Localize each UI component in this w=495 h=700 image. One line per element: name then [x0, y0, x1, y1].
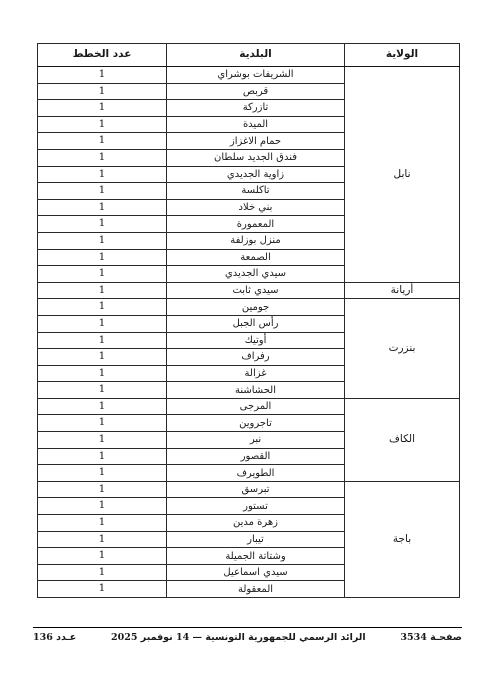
count-cell: 1	[38, 349, 167, 366]
footer-journal-title: الرائد الرسمي للجمهورية التونسية — 14 نو…	[76, 632, 400, 643]
count-cell: 1	[38, 232, 167, 249]
count-cell: 1	[38, 183, 167, 200]
table-row: الكافالمرجى1	[38, 398, 460, 415]
municipality-cell: القصور	[167, 448, 345, 465]
municipality-cell: الشريفات بوشراي	[167, 67, 345, 84]
header-wilaya: الولاية	[345, 44, 460, 67]
count-cell: 1	[38, 100, 167, 117]
count-cell: 1	[38, 266, 167, 283]
municipality-cell: تاكلسة	[167, 183, 345, 200]
count-cell: 1	[38, 83, 167, 100]
municipalities-table: الولاية البلدية عدد الخطط نابلالشريفات ب…	[37, 43, 460, 598]
municipality-cell: أوتيك	[167, 332, 345, 349]
table-row: نابلالشريفات بوشراي1	[38, 67, 460, 84]
header-count: عدد الخطط	[38, 44, 167, 67]
wilaya-cell: باجة	[345, 481, 460, 597]
page-footer: صفحـة 3534 الرائد الرسمي للجمهورية التون…	[33, 627, 462, 643]
count-cell: 1	[38, 166, 167, 183]
count-cell: 1	[38, 249, 167, 266]
count-cell: 1	[38, 299, 167, 316]
count-cell: 1	[38, 415, 167, 432]
municipality-cell: الحشاشنة	[167, 382, 345, 399]
municipality-cell: جومين	[167, 299, 345, 316]
municipality-cell: المعمورة	[167, 216, 345, 233]
count-cell: 1	[38, 481, 167, 498]
municipality-cell: رأس الجبل	[167, 315, 345, 332]
municipality-cell: منزل بوزلفة	[167, 232, 345, 249]
count-cell: 1	[38, 365, 167, 382]
count-cell: 1	[38, 448, 167, 465]
municipality-cell: بني خلاد	[167, 199, 345, 216]
municipality-cell: سيدي ثابت	[167, 282, 345, 299]
municipality-cell: تيبار	[167, 531, 345, 548]
municipality-cell: سيدي الجديدي	[167, 266, 345, 283]
count-cell: 1	[38, 531, 167, 548]
header-municipality: البلدية	[167, 44, 345, 67]
count-cell: 1	[38, 315, 167, 332]
count-cell: 1	[38, 282, 167, 299]
count-cell: 1	[38, 498, 167, 515]
municipality-cell: الميدة	[167, 116, 345, 133]
municipality-cell: الطويرف	[167, 465, 345, 482]
count-cell: 1	[38, 149, 167, 166]
table-header-row: الولاية البلدية عدد الخطط	[38, 44, 460, 67]
municipality-cell: فندق الجديد سلطان	[167, 149, 345, 166]
count-cell: 1	[38, 515, 167, 532]
municipality-cell: زاوية الجديدي	[167, 166, 345, 183]
municipality-cell: تازركة	[167, 100, 345, 117]
count-cell: 1	[38, 465, 167, 482]
wilaya-cell: أريانة	[345, 282, 460, 299]
table-row: بنزرتجومين1	[38, 299, 460, 316]
count-cell: 1	[38, 564, 167, 581]
municipality-cell: زهرة مدين	[167, 515, 345, 532]
wilaya-cell: الكاف	[345, 398, 460, 481]
count-cell: 1	[38, 133, 167, 150]
municipality-cell: حمام الاغزاز	[167, 133, 345, 150]
count-cell: 1	[38, 398, 167, 415]
municipality-cell: المعقولة	[167, 581, 345, 598]
count-cell: 1	[38, 382, 167, 399]
wilaya-cell: نابل	[345, 67, 460, 283]
count-cell: 1	[38, 199, 167, 216]
count-cell: 1	[38, 548, 167, 565]
count-cell: 1	[38, 116, 167, 133]
wilaya-cell: بنزرت	[345, 299, 460, 399]
municipality-cell: غزالة	[167, 365, 345, 382]
count-cell: 1	[38, 581, 167, 598]
table-row: أريانةسيدي ثابت1	[38, 282, 460, 299]
municipality-cell: وشتاتة الجميلة	[167, 548, 345, 565]
municipality-cell: تستور	[167, 498, 345, 515]
footer-issue-number: عـدد 136	[33, 632, 76, 643]
municipality-cell: رفراف	[167, 349, 345, 366]
count-cell: 1	[38, 332, 167, 349]
municipality-cell: تبرسق	[167, 481, 345, 498]
gazette-page: الولاية البلدية عدد الخطط نابلالشريفات ب…	[0, 0, 495, 700]
municipality-cell: نبر	[167, 432, 345, 449]
table-row: باجةتبرسق1	[38, 481, 460, 498]
count-cell: 1	[38, 67, 167, 84]
municipality-cell: الصمعة	[167, 249, 345, 266]
municipality-cell: تاجروين	[167, 415, 345, 432]
footer-page-number: صفحـة 3534	[400, 632, 462, 643]
count-cell: 1	[38, 216, 167, 233]
count-cell: 1	[38, 432, 167, 449]
municipality-cell: سيدي اسماعيل	[167, 564, 345, 581]
municipality-cell: المرجى	[167, 398, 345, 415]
municipality-cell: قربص	[167, 83, 345, 100]
